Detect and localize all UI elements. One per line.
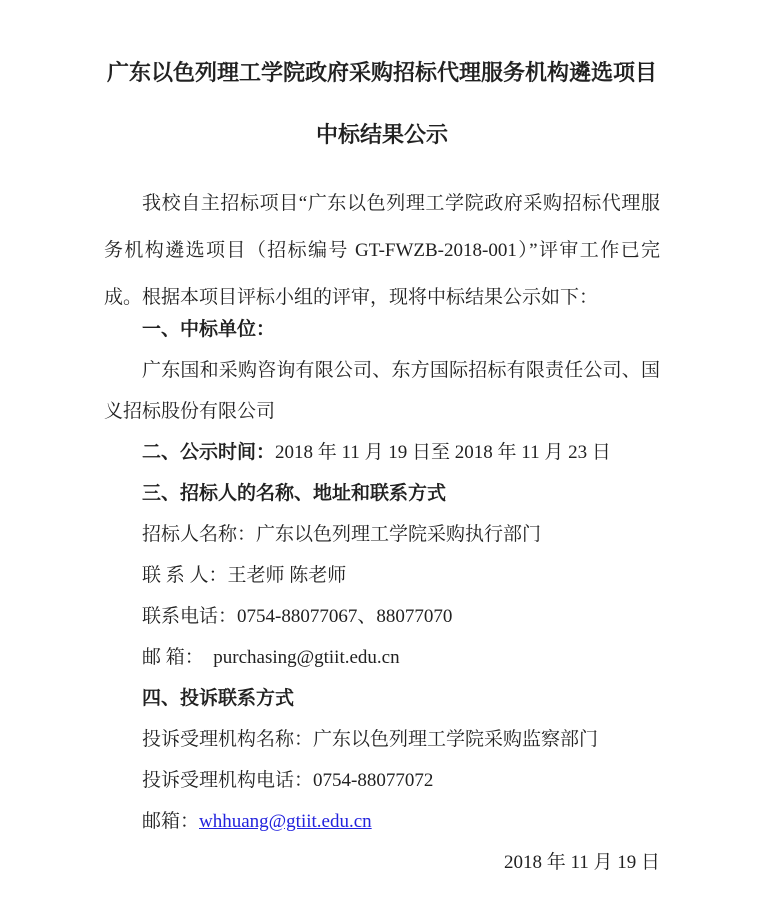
document-page: 广东以色列理工学院政府采购招标代理服务机构遴选项目 中标结果公示 我校自主招标项…: [0, 0, 772, 922]
tenderer-email-line: 邮 箱： purchasing@gtiit.edu.cn: [104, 637, 660, 678]
document-date: 2018 年 11 月 19 日: [104, 842, 660, 883]
section-heading-complaints: 四、投诉联系方式: [104, 678, 660, 719]
intro-paragraph: 我校自主招标项目“广东以色列理工学院政府采购招标代理服务机构遴选项目（招标编号 …: [104, 180, 660, 321]
complaints-email-line: 邮箱：whhuang@gtiit.edu.cn: [104, 801, 660, 842]
document-title-line1: 广东以色列理工学院政府采购招标代理服务机构遴选项目: [104, 42, 660, 104]
winners-body: 广东国和采购咨询有限公司、东方国际招标有限责任公司、国义招标股份有限公司: [104, 350, 660, 432]
tenderer-name-line: 招标人名称：广东以色列理工学院采购执行部门: [104, 514, 660, 555]
complaints-email-label: 邮箱：: [142, 811, 199, 832]
publicity-period-label: 二、公示时间：: [142, 442, 275, 463]
complaints-email-link[interactable]: whhuang@gtiit.edu.cn: [199, 811, 372, 832]
tenderer-phone-line: 联系电话：0754-88077067、88077070: [104, 596, 660, 637]
publicity-period-value: 2018 年 11 月 19 日至 2018 年 11 月 23 日: [275, 442, 611, 463]
section-heading-tenderer: 三、招标人的名称、地址和联系方式: [104, 473, 660, 514]
tenderer-contact-person-line: 联 系 人：王老师 陈老师: [104, 555, 660, 596]
document-title-line2: 中标结果公示: [104, 104, 660, 166]
section-heading-publicity-period: 二、公示时间：2018 年 11 月 19 日至 2018 年 11 月 23 …: [104, 432, 660, 473]
complaints-agency-name-line: 投诉受理机构名称：广东以色列理工学院采购监察部门: [104, 719, 660, 760]
complaints-agency-phone-line: 投诉受理机构电话：0754-88077072: [104, 760, 660, 801]
